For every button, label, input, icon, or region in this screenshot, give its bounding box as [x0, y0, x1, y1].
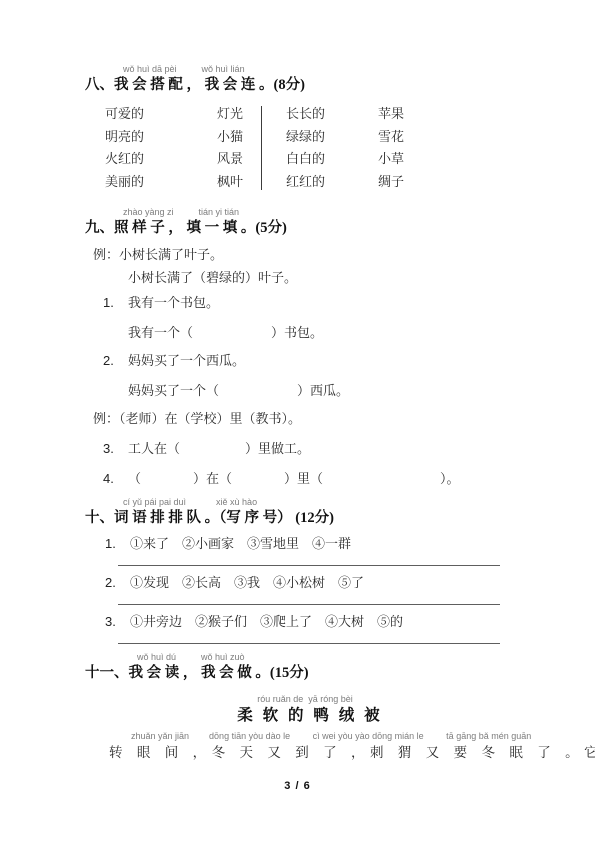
section-9-title: 九、照 样 子 ， 填 一 填 。(5分) — [85, 219, 535, 237]
example-sentence: 例：（老师）在（学校）里（教书）。 — [93, 411, 535, 427]
item-number: 2. — [103, 353, 128, 369]
match-noun: 小草 — [378, 148, 438, 171]
item-text: ①井旁边 ②猴子们 ③爬上了 ④大树 ⑤的 — [130, 614, 403, 630]
match-noun: 灯光 — [217, 103, 261, 126]
section-9: zhào yàng zi tián yi tián 九、照 样 子 ， 填 一 … — [85, 207, 535, 487]
word-order-item: 3. ①井旁边 ②猴子们 ③爬上了 ④大树 ⑤的 — [105, 614, 535, 630]
fill-blank-sentence: 妈妈买了一个（ ）西瓜。 — [128, 383, 535, 399]
match-adjective: 美丽的 — [105, 171, 217, 194]
match-noun: 苹果 — [378, 103, 438, 126]
answer-line — [118, 643, 500, 644]
fill-item: 4. （ ）在（ ）里（ ）。 — [103, 471, 535, 487]
section-8-pinyin: wǒ huì dā pèi wǒ huì lián — [123, 64, 535, 75]
match-adjective: 火红的 — [105, 148, 217, 171]
item-number: 1. — [105, 536, 130, 552]
item-text: 工人在（ ）里做工。 — [128, 441, 310, 457]
item-text: 妈妈买了一个西瓜。 — [128, 353, 245, 369]
item-number: 1. — [103, 295, 128, 311]
fill-item: 1. 我有一个书包。 — [103, 295, 535, 311]
match-noun: 小猫 — [217, 126, 261, 149]
match-noun: 风景 — [217, 148, 261, 171]
fill-item: 3. 工人在（ ）里做工。 — [103, 441, 535, 457]
example-answer: 小树长满了（碧绿的）叶子。 — [128, 270, 535, 286]
item-text: ①来了 ②小画家 ③雪地里 ④一群 — [130, 536, 351, 552]
section-10-title: 十、词 语 排 排 队 。（写 序 号） (12分) — [85, 509, 535, 527]
match-noun: 雪花 — [378, 126, 438, 149]
matching-left-group: 可爱的 灯光 明亮的 小猫 火红的 风景 美丽的 枫叶 — [105, 103, 261, 193]
section-10: cí yǔ pái pai duì xiě xù hào 十、词 语 排 排 队… — [85, 497, 535, 644]
worksheet-content: wǒ huì dā pèi wǒ huì lián 八、我 会 搭 配 ， 我 … — [85, 64, 535, 761]
word-order-item: 1. ①来了 ②小画家 ③雪地里 ④一群 — [105, 536, 535, 552]
word-order-item: 2. ①发现 ②长高 ③我 ④小松树 ⑤了 — [105, 575, 535, 591]
answer-line — [118, 565, 500, 566]
fill-item: 2. 妈妈买了一个西瓜。 — [103, 353, 535, 369]
section-11: wǒ huì dú wǒ huì zuò 十一、我 会 读 ， 我 会 做 。(… — [85, 652, 535, 761]
fill-blank-sentence: 我有一个（ ）书包。 — [128, 325, 535, 341]
section-11-title: 十一、我 会 读 ， 我 会 做 。(15分) — [85, 664, 535, 682]
reading-paragraph-text: 转 眼 间 ，冬 天 又 到 了 ，刺 猬 又 要 冬 眠 了 。它 刚 把 门… — [109, 744, 535, 761]
matching-table: 可爱的 灯光 明亮的 小猫 火红的 风景 美丽的 枫叶 长长的 苹果 绿绿的 雪… — [105, 103, 535, 193]
page-number: 3 / 6 — [0, 780, 595, 792]
section-10-pinyin: cí yǔ pái pai duì xiě xù hào — [123, 497, 535, 508]
match-adjective: 明亮的 — [105, 126, 217, 149]
match-adjective: 可爱的 — [105, 103, 217, 126]
item-number: 3. — [103, 441, 128, 457]
match-adjective: 长长的 — [286, 103, 378, 126]
section-11-pinyin: wǒ huì dú wǒ huì zuò — [137, 652, 535, 663]
section-8: wǒ huì dā pèi wǒ huì lián 八、我 会 搭 配 ， 我 … — [85, 64, 535, 193]
match-adjective: 红红的 — [286, 171, 378, 194]
item-text: （ ）在（ ）里（ ）。 — [128, 471, 460, 487]
reading-title: 柔 软 的 鸭 绒 被 — [85, 706, 535, 725]
section-8-title: 八、我 会 搭 配 ， 我 会 连 。(8分) — [85, 76, 535, 94]
item-number: 2. — [105, 575, 130, 591]
matching-right-group: 长长的 苹果 绿绿的 雪花 白白的 小草 红红的 绸子 — [262, 103, 438, 193]
reading-title-pinyin: róu ruǎn de yā róng bèi — [75, 694, 535, 705]
answer-line — [118, 604, 500, 605]
item-text: ①发现 ②长高 ③我 ④小松树 ⑤了 — [130, 575, 364, 591]
item-number: 3. — [105, 614, 130, 630]
section-9-pinyin: zhào yàng zi tián yi tián — [123, 207, 535, 218]
item-number: 4. — [103, 471, 128, 487]
item-text: 我有一个书包。 — [128, 295, 219, 311]
match-noun: 枫叶 — [217, 171, 261, 194]
match-noun: 绸子 — [378, 171, 438, 194]
worksheet-page: wǒ huì dā pèi wǒ huì lián 八、我 会 搭 配 ， 我 … — [0, 0, 595, 842]
example-sentence: 例：小树长满了叶子。 — [93, 247, 535, 263]
match-adjective: 绿绿的 — [286, 126, 378, 149]
reading-paragraph-pinyin: zhuǎn yǎn jiān dōng tiān yòu dào le cì w… — [131, 731, 535, 742]
match-adjective: 白白的 — [286, 148, 378, 171]
